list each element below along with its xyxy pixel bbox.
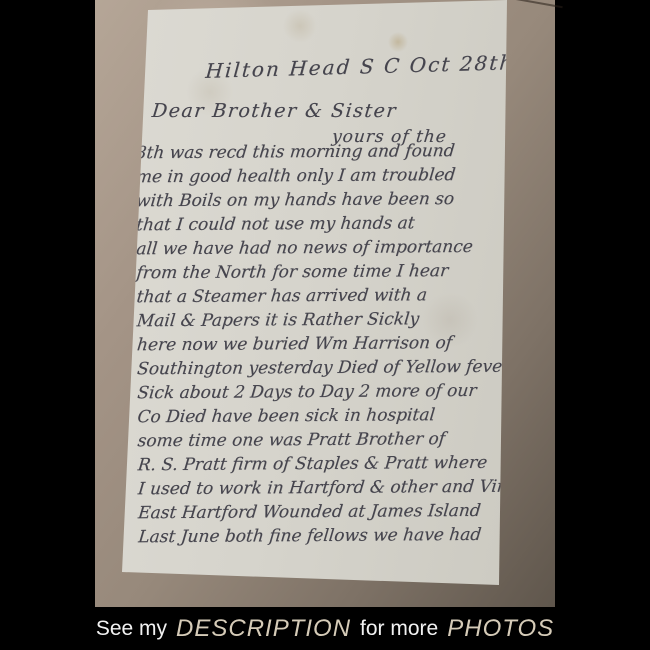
caption-for-more: for more <box>360 617 438 641</box>
caption-see-my: See my <box>96 617 167 641</box>
handwriting-line: Mail & Papers it is Rather Sickly <box>136 307 504 334</box>
handwriting-line: that I could not use my hands at <box>135 211 503 238</box>
caption-banner: See my DESCRIPTION for more PHOTOS <box>0 607 650 650</box>
handwriting-line: Co Died have been sick in hospital <box>136 403 504 430</box>
handwriting-line: me in good health only I am troubled <box>135 163 503 190</box>
listing-photo: Hilton Head S C Oct 28th/62 Dear Brother… <box>0 0 650 650</box>
handwriting-line: all we have had no news of importance <box>135 235 503 262</box>
handwriting-line: with Boils on my hands have been so <box>135 187 503 214</box>
handwriting-line: some time one was Pratt Brother of <box>136 427 504 454</box>
handwriting-line: East Hartford Wounded at James Island <box>137 499 505 526</box>
handwriting-line: I used to work in Hartford & other and V… <box>137 475 505 502</box>
handwriting-line: Last June both fine fellows we have had <box>137 523 505 550</box>
handwriting-line: Southington yesterday Died of Yellow fev… <box>136 355 504 382</box>
letter-body: 8th was recd this morning and found me i… <box>136 139 505 550</box>
mat-corner-edge-line <box>503 0 562 8</box>
letter-salutation: Dear Brother & Sister <box>151 100 398 122</box>
handwriting-line: that a Steamer has arrived with a <box>135 283 503 310</box>
handwriting-line: R. S. Pratt firm of Staples & Pratt wher… <box>137 451 505 478</box>
letter-dateline: Hilton Head S C Oct 28th/62 <box>205 49 554 83</box>
caption-description: DESCRIPTION <box>176 615 351 643</box>
handwriting-line: 8th was recd this morning and found <box>134 139 502 166</box>
handwriting-line: Sick about 2 Days to Day 2 more of our <box>136 379 504 406</box>
handwriting-line: here now we buried Wm Harrison of <box>136 331 504 358</box>
caption-photos: PHOTOS <box>447 615 554 643</box>
handwriting-line: from the North for some time I hear <box>135 259 503 286</box>
